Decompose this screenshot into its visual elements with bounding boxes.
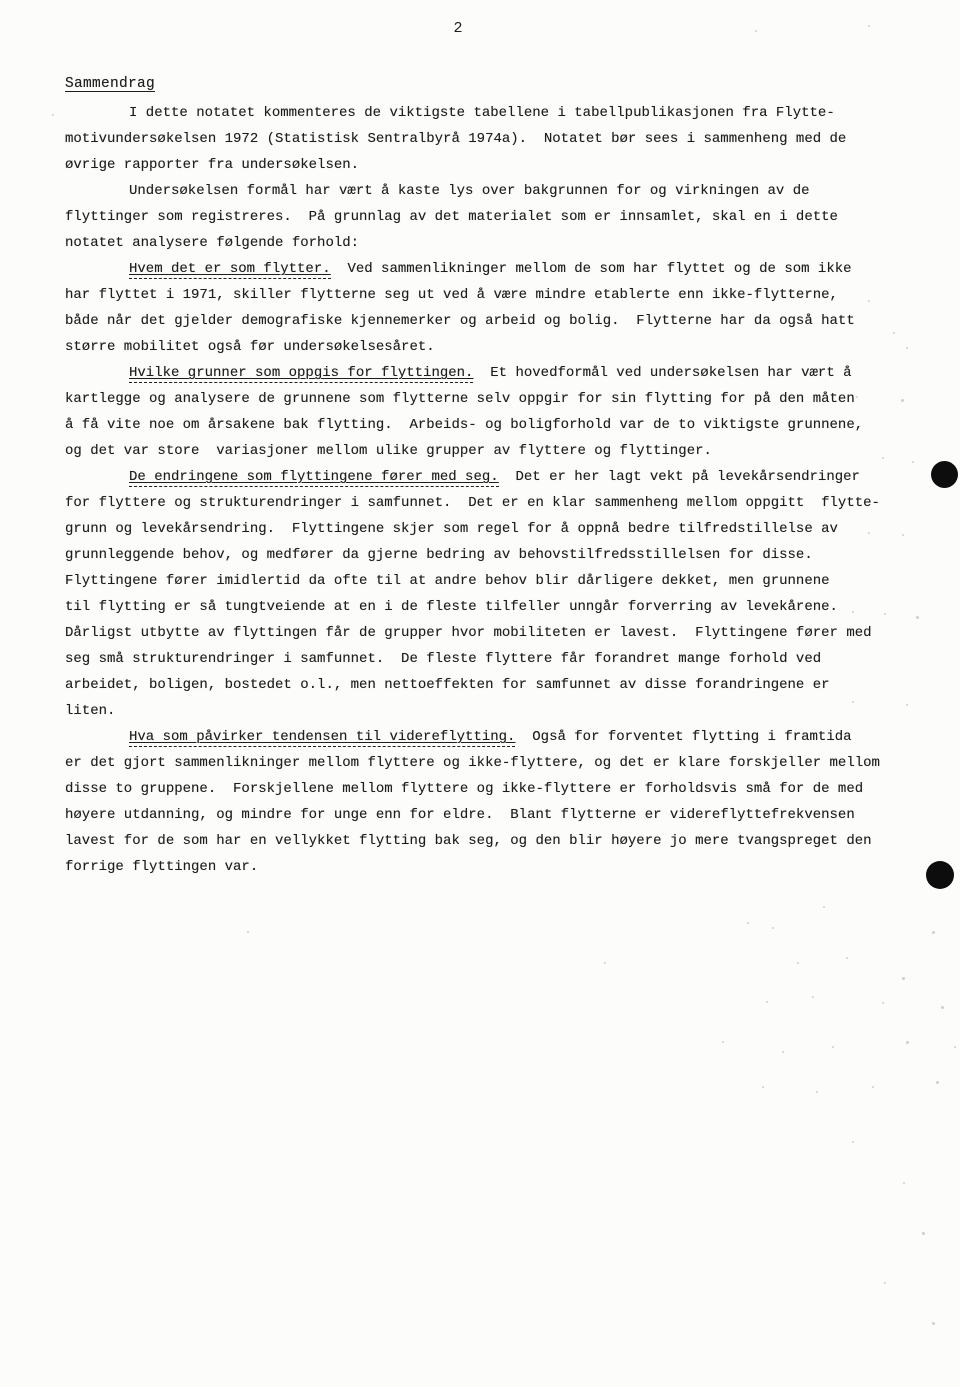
scan-speck <box>922 1232 925 1235</box>
text-run: seg små strukturendringer i samfunnet. D… <box>65 651 821 667</box>
text-line: både når det gjelder demografiske kjenne… <box>65 308 910 334</box>
text-run: er det gjort sammenlikninger mellom flyt… <box>65 755 880 771</box>
text-run: Et hovedformål ved undersøkelsen har vær… <box>473 365 851 381</box>
scan-speck <box>722 1041 724 1043</box>
text-line: seg små strukturendringer i samfunnet. D… <box>65 646 910 672</box>
summary-heading: Sammendrag <box>65 76 155 92</box>
scan-speck <box>906 1041 909 1044</box>
scan-speck <box>912 461 914 463</box>
text-run: og det var store variasjoner mellom ulik… <box>65 443 712 459</box>
text-line: og det var store variasjoner mellom ulik… <box>65 438 910 464</box>
text-run: Undersøkelsen formål har vært å kaste ly… <box>129 183 810 199</box>
section-header: Hvilke grunner som oppgis for flyttingen… <box>129 365 473 383</box>
text-run: kartlegge og analysere de grunnene som f… <box>65 391 855 407</box>
scan-speck <box>916 616 919 619</box>
text-run: å få vite noe om årsakene bak flytting. … <box>65 417 863 433</box>
section-header: Hva som påvirker tendensen til viderefly… <box>129 729 515 747</box>
text-run: større mobilitet også før undersøkelseså… <box>65 339 435 355</box>
text-line: disse to gruppene. Forskjellene mellom f… <box>65 776 910 802</box>
text-line: har flyttet i 1971, skiller flytterne se… <box>65 282 910 308</box>
scan-speck <box>846 957 848 959</box>
scan-speck <box>884 1282 886 1284</box>
text-run: Dårligst utbytte av flyttingen får de gr… <box>65 625 872 641</box>
scan-speck <box>941 1006 944 1009</box>
scan-speck <box>762 1086 764 1088</box>
text-run: liten. <box>65 703 115 719</box>
text-run: disse to gruppene. Forskjellene mellom f… <box>65 781 863 797</box>
text-run: til flytting er så tungtveiende at en i … <box>65 599 838 615</box>
text-run: både når det gjelder demografiske kjenne… <box>65 313 855 329</box>
scan-speck <box>936 1081 939 1084</box>
text-run: flyttinger som registreres. På grunnlag … <box>65 209 838 225</box>
text-run: forrige flyttingen var. <box>65 859 258 875</box>
scan-speck <box>868 25 870 27</box>
text-line: Hvem det er som flytter. Ved sammenlikni… <box>65 256 910 282</box>
text-line: motivundersøkelsen 1972 (Statistisk Sent… <box>65 126 910 152</box>
text-run: grunn og levekårsendring. Flyttingene sk… <box>65 521 838 537</box>
text-line: kartlegge og analysere de grunnene som f… <box>65 386 910 412</box>
scan-speck <box>747 922 749 924</box>
scan-speck <box>52 114 54 116</box>
text-run: I dette notatet kommenteres de viktigste… <box>129 105 835 121</box>
scan-speck <box>812 996 814 998</box>
scan-speck <box>604 962 606 964</box>
text-run: høyere utdanning, og mindre for unge enn… <box>65 807 855 823</box>
text-run: for flyttere og strukturendringer i samf… <box>65 495 880 511</box>
page-number: 2 <box>446 20 470 37</box>
text-line: notatet analysere følgende forhold: <box>65 230 910 256</box>
text-run: lavest for de som har en vellykket flytt… <box>65 833 872 849</box>
text-line: Hva som påvirker tendensen til viderefly… <box>65 724 910 750</box>
scan-speck <box>882 1002 884 1004</box>
document-body: I dette notatet kommenteres de viktigste… <box>65 100 910 880</box>
scan-speck <box>797 962 799 964</box>
text-line: lavest for de som har en vellykket flytt… <box>65 828 910 854</box>
text-line: til flytting er så tungtveiende at en i … <box>65 594 910 620</box>
text-line: Dårligst utbytte av flyttingen får de gr… <box>65 620 910 646</box>
text-line: forrige flyttingen var. <box>65 854 910 880</box>
text-line: liten. <box>65 698 910 724</box>
text-line: I dette notatet kommenteres de viktigste… <box>65 100 910 126</box>
scan-speck <box>816 1091 818 1093</box>
scan-speck <box>832 1046 834 1048</box>
scan-speck <box>852 1141 854 1143</box>
text-run: Ved sammenlikninger mellom de som har fl… <box>331 261 852 277</box>
scan-speck <box>932 931 935 934</box>
scanned-page: 2 Sammendrag I dette notatet kommenteres… <box>0 0 960 1387</box>
text-run: Også for forventet flytting i framtida <box>515 729 851 745</box>
section-header: De endringene som flyttingene fører med … <box>129 469 499 487</box>
text-line: Undersøkelsen formål har vært å kaste ly… <box>65 178 910 204</box>
text-line: øvrige rapporter fra undersøkelsen. <box>65 152 910 178</box>
scan-speck <box>932 1322 935 1325</box>
scan-speck <box>903 1182 905 1184</box>
black-scan-dot <box>931 461 958 488</box>
text-run: grunnleggende behov, og medfører da gjer… <box>65 547 813 563</box>
text-line: grunnleggende behov, og medfører da gjer… <box>65 542 910 568</box>
scan-speck <box>247 931 249 933</box>
scan-speck <box>954 1046 956 1048</box>
scan-speck <box>755 30 757 32</box>
text-run: motivundersøkelsen 1972 (Statistisk Sent… <box>65 131 846 147</box>
text-line: arbeidet, boligen, bostedet o.l., men ne… <box>65 672 910 698</box>
text-run: arbeidet, boligen, bostedet o.l., men ne… <box>65 677 830 693</box>
text-line: for flyttere og strukturendringer i samf… <box>65 490 910 516</box>
text-line: å få vite noe om årsakene bak flytting. … <box>65 412 910 438</box>
scan-speck <box>902 977 905 980</box>
black-scan-dot <box>926 861 954 889</box>
section-header: Hvem det er som flytter. <box>129 261 331 279</box>
scan-speck <box>782 1051 784 1053</box>
text-line: Hvilke grunner som oppgis for flyttingen… <box>65 360 910 386</box>
text-line: De endringene som flyttingene fører med … <box>65 464 910 490</box>
scan-speck <box>823 906 825 908</box>
scan-speck <box>872 1086 874 1088</box>
text-line: er det gjort sammenlikninger mellom flyt… <box>65 750 910 776</box>
text-run: Det er her lagt vekt på levekårsendringe… <box>499 469 860 485</box>
text-run: øvrige rapporter fra undersøkelsen. <box>65 157 359 173</box>
text-line: grunn og levekårsendring. Flyttingene sk… <box>65 516 910 542</box>
scan-speck <box>766 1001 768 1003</box>
text-line: høyere utdanning, og mindre for unge enn… <box>65 802 910 828</box>
text-line: større mobilitet også før undersøkelseså… <box>65 334 910 360</box>
text-line: Flyttingene fører imidlertid da ofte til… <box>65 568 910 594</box>
text-run: har flyttet i 1971, skiller flytterne se… <box>65 287 838 303</box>
text-line: flyttinger som registreres. På grunnlag … <box>65 204 910 230</box>
text-run: notatet analysere følgende forhold: <box>65 235 359 251</box>
text-run: Flyttingene fører imidlertid da ofte til… <box>65 573 830 589</box>
scan-speck <box>772 927 774 929</box>
